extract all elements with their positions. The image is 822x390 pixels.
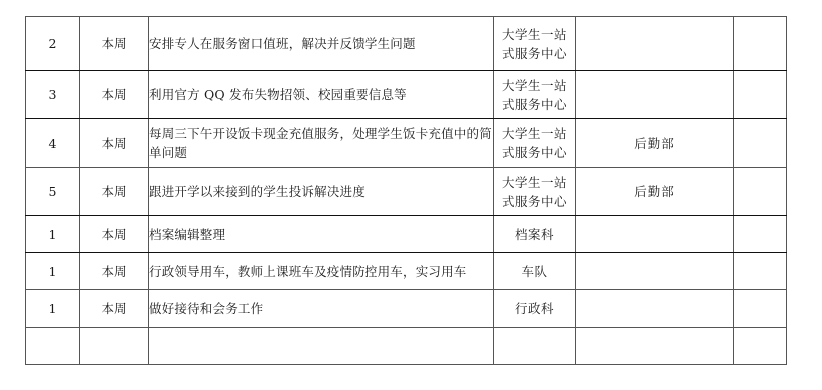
table-row: 3 本周 利用官方 QQ 发布失物招领、校园重要信息等 大学生一站 式服务中心: [26, 71, 787, 119]
cell-cooperating-dept: [576, 71, 734, 119]
dept-line: 式服务中心: [494, 95, 575, 114]
cell-time: 本周: [80, 290, 149, 328]
dept-line: 大学生一站: [494, 76, 575, 95]
cell-task: 利用官方 QQ 发布失物招领、校园重要信息等: [149, 71, 494, 119]
cell-time: 本周: [80, 168, 149, 216]
cell-task: 行政领导用车，教师上课班车及疫情防控用车，实习用车: [149, 253, 494, 290]
cell-responsible-dept: 车队: [494, 253, 576, 290]
dept-line: 大学生一站: [494, 25, 575, 44]
dept-line: 大学生一站: [494, 173, 575, 192]
cell-number: 3: [26, 71, 80, 119]
dept-line: 车队: [494, 262, 575, 281]
table-body: 2 本周 安排专人在服务窗口值班，解决并反馈学生问题 大学生一站 式服务中心 3…: [26, 17, 787, 365]
cell-number: 1: [26, 290, 80, 328]
cell-note: [734, 253, 787, 290]
cell-task: 档案编辑整理: [149, 216, 494, 253]
cell-number: [26, 328, 80, 365]
dept-line: 档案科: [494, 225, 575, 244]
cell-time: 本周: [80, 119, 149, 168]
cell-task: 做好接待和会务工作: [149, 290, 494, 328]
cell-responsible-dept: 大学生一站 式服务中心: [494, 119, 576, 168]
dept-line: 式服务中心: [494, 192, 575, 211]
cell-responsible-dept: 档案科: [494, 216, 576, 253]
cell-note: [734, 71, 787, 119]
cell-cooperating-dept: [576, 328, 734, 365]
dept-line: 式服务中心: [494, 143, 575, 162]
cell-number: 4: [26, 119, 80, 168]
cell-note: [734, 168, 787, 216]
cell-time: [80, 328, 149, 365]
cell-task: 安排专人在服务窗口值班，解决并反馈学生问题: [149, 17, 494, 71]
cell-number: 1: [26, 216, 80, 253]
cell-responsible-dept: 行政科: [494, 290, 576, 328]
cell-time: 本周: [80, 17, 149, 71]
table-row: 2 本周 安排专人在服务窗口值班，解决并反馈学生问题 大学生一站 式服务中心: [26, 17, 787, 71]
cell-time: 本周: [80, 71, 149, 119]
table-row: 5 本周 跟进开学以来接到的学生投诉解决进度 大学生一站 式服务中心 后勤部: [26, 168, 787, 216]
cell-cooperating-dept: 后勤部: [576, 119, 734, 168]
table-row: [26, 328, 787, 365]
work-plan-table: 2 本周 安排专人在服务窗口值班，解决并反馈学生问题 大学生一站 式服务中心 3…: [25, 16, 787, 365]
table-row: 1 本周 做好接待和会务工作 行政科: [26, 290, 787, 328]
cell-cooperating-dept: 后勤部: [576, 168, 734, 216]
cell-task: 跟进开学以来接到的学生投诉解决进度: [149, 168, 494, 216]
cell-number: 1: [26, 253, 80, 290]
cell-note: [734, 119, 787, 168]
table-row: 4 本周 每周三下午开设饭卡现金充值服务，处理学生饭卡充值中的简单问题 大学生一…: [26, 119, 787, 168]
cell-cooperating-dept: [576, 216, 734, 253]
cell-note: [734, 328, 787, 365]
cell-number: 5: [26, 168, 80, 216]
cell-cooperating-dept: [576, 290, 734, 328]
cell-number: 2: [26, 17, 80, 71]
cell-responsible-dept: [494, 328, 576, 365]
table-row: 1 本周 行政领导用车，教师上课班车及疫情防控用车，实习用车 车队: [26, 253, 787, 290]
cell-responsible-dept: 大学生一站 式服务中心: [494, 71, 576, 119]
dept-line: 大学生一站: [494, 124, 575, 143]
cell-responsible-dept: 大学生一站 式服务中心: [494, 168, 576, 216]
cell-task: 每周三下午开设饭卡现金充值服务，处理学生饭卡充值中的简单问题: [149, 119, 494, 168]
cell-note: [734, 17, 787, 71]
cell-responsible-dept: 大学生一站 式服务中心: [494, 17, 576, 71]
dept-line: 式服务中心: [494, 44, 575, 63]
cell-note: [734, 216, 787, 253]
cell-time: 本周: [80, 253, 149, 290]
table-row: 1 本周 档案编辑整理 档案科: [26, 216, 787, 253]
dept-line: 行政科: [494, 299, 575, 318]
cell-note: [734, 290, 787, 328]
cell-cooperating-dept: [576, 253, 734, 290]
cell-cooperating-dept: [576, 17, 734, 71]
cell-time: 本周: [80, 216, 149, 253]
cell-task: [149, 328, 494, 365]
